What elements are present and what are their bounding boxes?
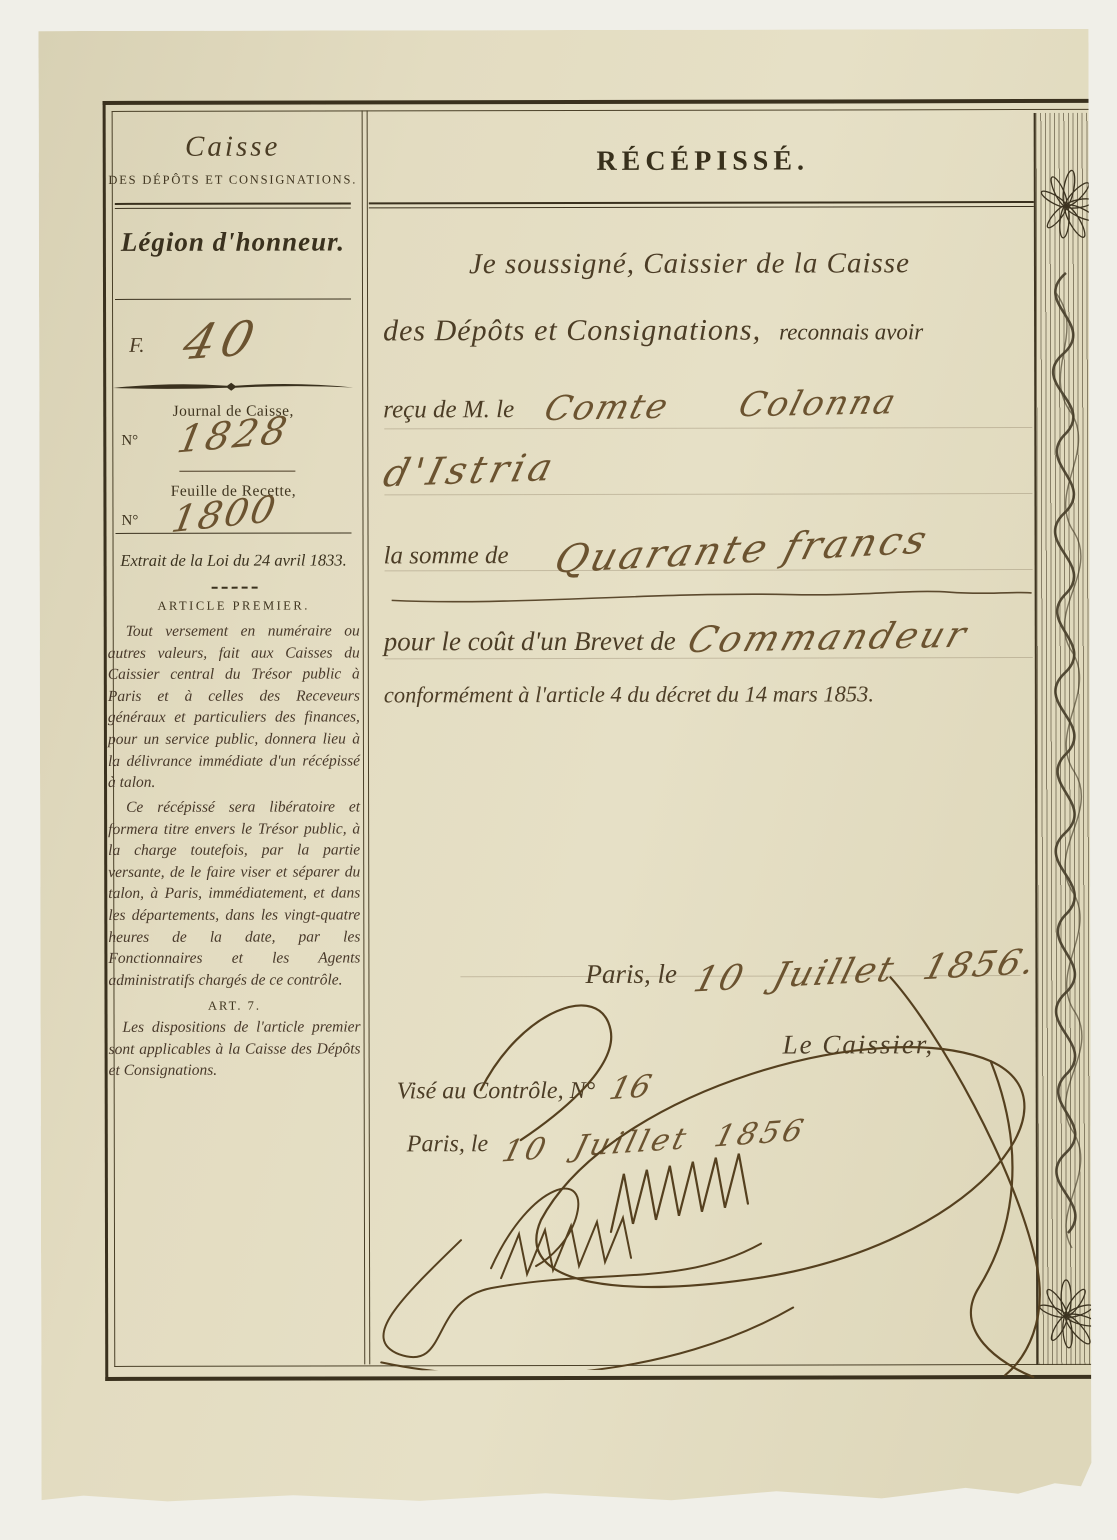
payer-name-handwritten-2: d'Istria: [379, 445, 561, 495]
receipt-body-line2: des Dépôts et Consignations, reconnais a…: [383, 313, 923, 348]
body-line2-roman: reconnais avoir: [779, 319, 923, 344]
journal-number-row: N° 1828: [107, 418, 359, 473]
purpose-printed: pour le coût d'un Brevet de: [384, 626, 676, 657]
article7-heading: ART. 7.: [108, 998, 360, 1014]
org-name-script: Caisse: [107, 130, 359, 164]
purpose-handwritten: Commandeur: [683, 615, 974, 661]
article7-paragraph: Les dispositions de l'article premier so…: [109, 1016, 361, 1081]
org-name-caps: DES DÉPÔTS ET CONSIGNATIONS.: [107, 172, 359, 188]
body-line2-script: des Dépôts et Consignations,: [383, 314, 761, 348]
legal-reference-line: conformément à l'article 4 du décret du …: [384, 681, 874, 708]
receipt-title: RÉCÉPISSÉ.: [375, 145, 1031, 178]
journal-no-label: N°: [121, 433, 138, 450]
payer-name-handwritten: Comte Colonna: [540, 382, 902, 429]
article-premier-heading: ARTICLE PREMIER.: [108, 598, 360, 614]
palmette-ornament-top: [1036, 161, 1091, 251]
law-extract-title: Extrait de la Loi du 24 avril 1833.: [108, 550, 360, 571]
short-dash-rule: [212, 587, 258, 589]
feuille-number-row: N° 1800: [107, 496, 359, 551]
folio-number-handwritten: 40: [177, 310, 266, 371]
journal-number-handwritten: 1828: [174, 408, 294, 462]
receipt-body-line1: Je soussigné, Caissier de la Caisse: [469, 247, 910, 281]
purpose-line: pour le coût d'un Brevet de Commandeur: [384, 617, 967, 659]
folio-row: F. 40: [107, 318, 359, 377]
feuille-no-label: N°: [121, 513, 138, 530]
ink-flourish-line: [390, 585, 1034, 606]
honor-title: Légion d'honneur.: [107, 226, 359, 258]
scan-background: Caisse DES DÉPÔTS ET CONSIGNATIONS. Légi…: [0, 0, 1117, 1540]
sum-line: la somme de Quarante francs: [384, 527, 926, 573]
article-premier-paragraph-2: Ce récépissé sera libératoire et formera…: [108, 796, 360, 991]
sum-label: la somme de: [384, 542, 509, 569]
article-premier-paragraph: Tout versement en numéraire ou autres va…: [108, 620, 360, 793]
folio-label: F.: [129, 333, 144, 358]
divider-rule: [115, 202, 351, 208]
ornamental-swell-rule: [111, 380, 355, 393]
receipt-body-line3: reçu de M. le Comte Colonna: [383, 385, 895, 426]
body-line3-printed: reçu de M. le: [383, 396, 514, 423]
document-paper: Caisse DES DÉPÔTS ET CONSIGNATIONS. Légi…: [38, 29, 1091, 1503]
controller-signature: [341, 1139, 821, 1370]
